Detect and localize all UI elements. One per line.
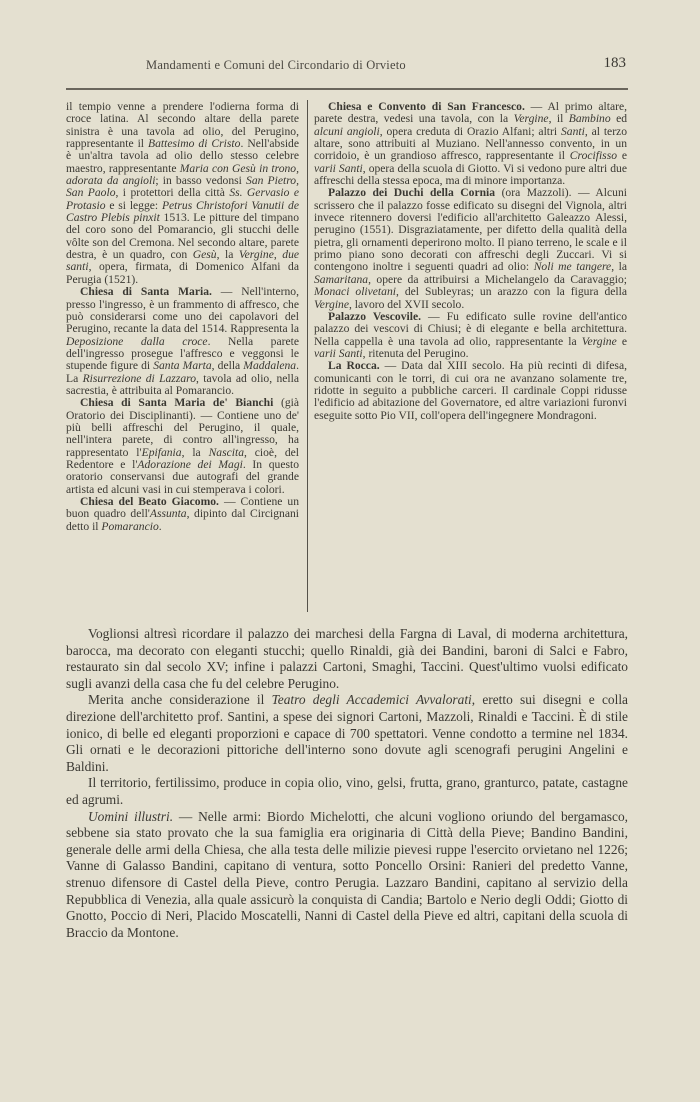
text: , i protettori della città — [116, 186, 230, 199]
text: , la — [182, 446, 209, 459]
running-title: Mandamenti e Comuni del Circondario di O… — [146, 58, 406, 73]
paragraph-san-francesco: Chiesa e Convento di San Francesco. — Al… — [314, 101, 627, 187]
artwork-title: Vergine — [514, 112, 549, 125]
header-rule — [66, 88, 628, 90]
paragraph-teatro: Merita anche considerazione il Teatro de… — [66, 692, 628, 775]
text: . — [159, 520, 162, 533]
artwork-title: varii Santi — [314, 347, 363, 360]
right-column: Chiesa e Convento di San Francesco. — Al… — [314, 101, 627, 422]
text: , lavoro del XVII secolo. — [349, 298, 464, 311]
text: , del Subleyras; un arazzo con la figura… — [396, 285, 627, 298]
text: Merita anche considerazione il — [88, 692, 272, 707]
text: , la — [217, 248, 239, 261]
section-heading: Palazzo dei Duchi della Cornia — [328, 186, 495, 199]
paragraph-palazzi: Voglionsi altresì ricordare il palazzo d… — [66, 626, 628, 692]
paragraph-duomo-continuation: il tempio venne a prendere l'odierna for… — [66, 101, 299, 286]
section-heading: La Rocca. — [328, 359, 380, 372]
artwork-title: Bambino — [569, 112, 611, 125]
artwork-title: Santi — [561, 125, 585, 138]
artwork-title: Noli me tangere — [534, 260, 612, 273]
section-heading: Chiesa di Santa Maria. — [80, 285, 212, 298]
text: ; in basso vedonsi — [155, 174, 246, 187]
artwork-title: alcuni angioli — [314, 125, 380, 138]
text: , opera, firmata, di Domenico Alfani da … — [66, 260, 299, 285]
column-separator — [307, 100, 308, 612]
text: — Nelle armi: Biordo Michelotti, che alc… — [66, 809, 628, 940]
page-header: Mandamenti e Comuni del Circondario di O… — [66, 55, 626, 77]
paragraph-la-rocca: La Rocca. — Data dal XIII secolo. Ha più… — [314, 360, 627, 422]
paragraph-palazzo-vescovile: Palazzo Vescovile. — Fu edificato sulle … — [314, 311, 627, 360]
left-column: il tempio venne a prendere l'odierna for… — [66, 101, 299, 533]
text: e — [617, 335, 627, 348]
text: , opera creduta di Orazio Alfani; altri — [380, 125, 561, 138]
artwork-title: Nascita — [209, 446, 244, 459]
artwork-title: Battesimo di Cristo — [148, 137, 240, 150]
artwork-title: varii Santi — [314, 162, 363, 175]
section-heading: Chiesa e Convento di San Francesco. — [328, 100, 525, 113]
artwork-title: Monaci olivetani — [314, 285, 396, 298]
artwork-title: Gesù — [193, 248, 217, 261]
section-heading: Chiesa di Santa Maria de' Bianchi — [80, 396, 273, 409]
paragraph-beato-giacomo: Chiesa del Beato Giacomo. — Contiene un … — [66, 496, 299, 533]
paragraph-uomini-illustri: Uomini illustri. — Nelle armi: Biordo Mi… — [66, 809, 628, 942]
text: , il — [549, 112, 569, 125]
artwork-title: Vergine — [239, 248, 274, 261]
paragraph-santa-maria: Chiesa di Santa Maria. — Nell'interno, p… — [66, 286, 299, 397]
full-width-text: Voglionsi altresì ricordare il palazzo d… — [66, 626, 628, 941]
artwork-title: Samaritana — [314, 273, 368, 286]
text: e — [617, 149, 627, 162]
section-heading: Chiesa del Beato Giacomo. — [80, 495, 219, 508]
text: , — [274, 248, 282, 261]
paragraph-santa-maria-bianchi: Chiesa di Santa Maria de' Bianchi (già O… — [66, 397, 299, 496]
artwork-title: Deposizione dalla croce — [66, 335, 208, 348]
book-page: Mandamenti e Comuni del Circondario di O… — [0, 0, 700, 1102]
text: e si legge: — [106, 199, 162, 212]
artwork-title: Santa Marta — [153, 359, 211, 372]
artwork-title: Adorazione dei Magi — [137, 458, 242, 471]
text: , ritenuta del Perugino. — [363, 347, 469, 360]
artist-name: Pomarancio — [101, 520, 158, 533]
paragraph-palazzo-cornia: Palazzo dei Duchi della Cornia (ora Mazz… — [314, 187, 627, 310]
artwork-title: Assunta — [150, 507, 187, 520]
artwork-title: Crocifisso — [570, 149, 617, 162]
artwork-title: Vergine — [582, 335, 617, 348]
text: , opere da attribuirsi a Michelangelo da… — [368, 273, 627, 286]
artwork-title: Maddalena — [243, 359, 296, 372]
page-number: 183 — [604, 55, 627, 72]
artwork-title: Epifania — [142, 446, 182, 459]
text: , la — [611, 260, 627, 273]
section-heading: Palazzo Vescovile. — [328, 310, 421, 323]
theatre-name: Teatro degli Accademici Avvalorati — [272, 692, 472, 707]
text: , della — [212, 359, 244, 372]
section-heading: Uomini illustri. — [88, 809, 173, 824]
paragraph-territorio: Il territorio, fertilissimo, produce in … — [66, 775, 628, 808]
artwork-title: Vergine — [314, 298, 349, 311]
artwork-title: Risurrezione di Lazzaro — [83, 372, 196, 385]
text: ed — [611, 112, 627, 125]
